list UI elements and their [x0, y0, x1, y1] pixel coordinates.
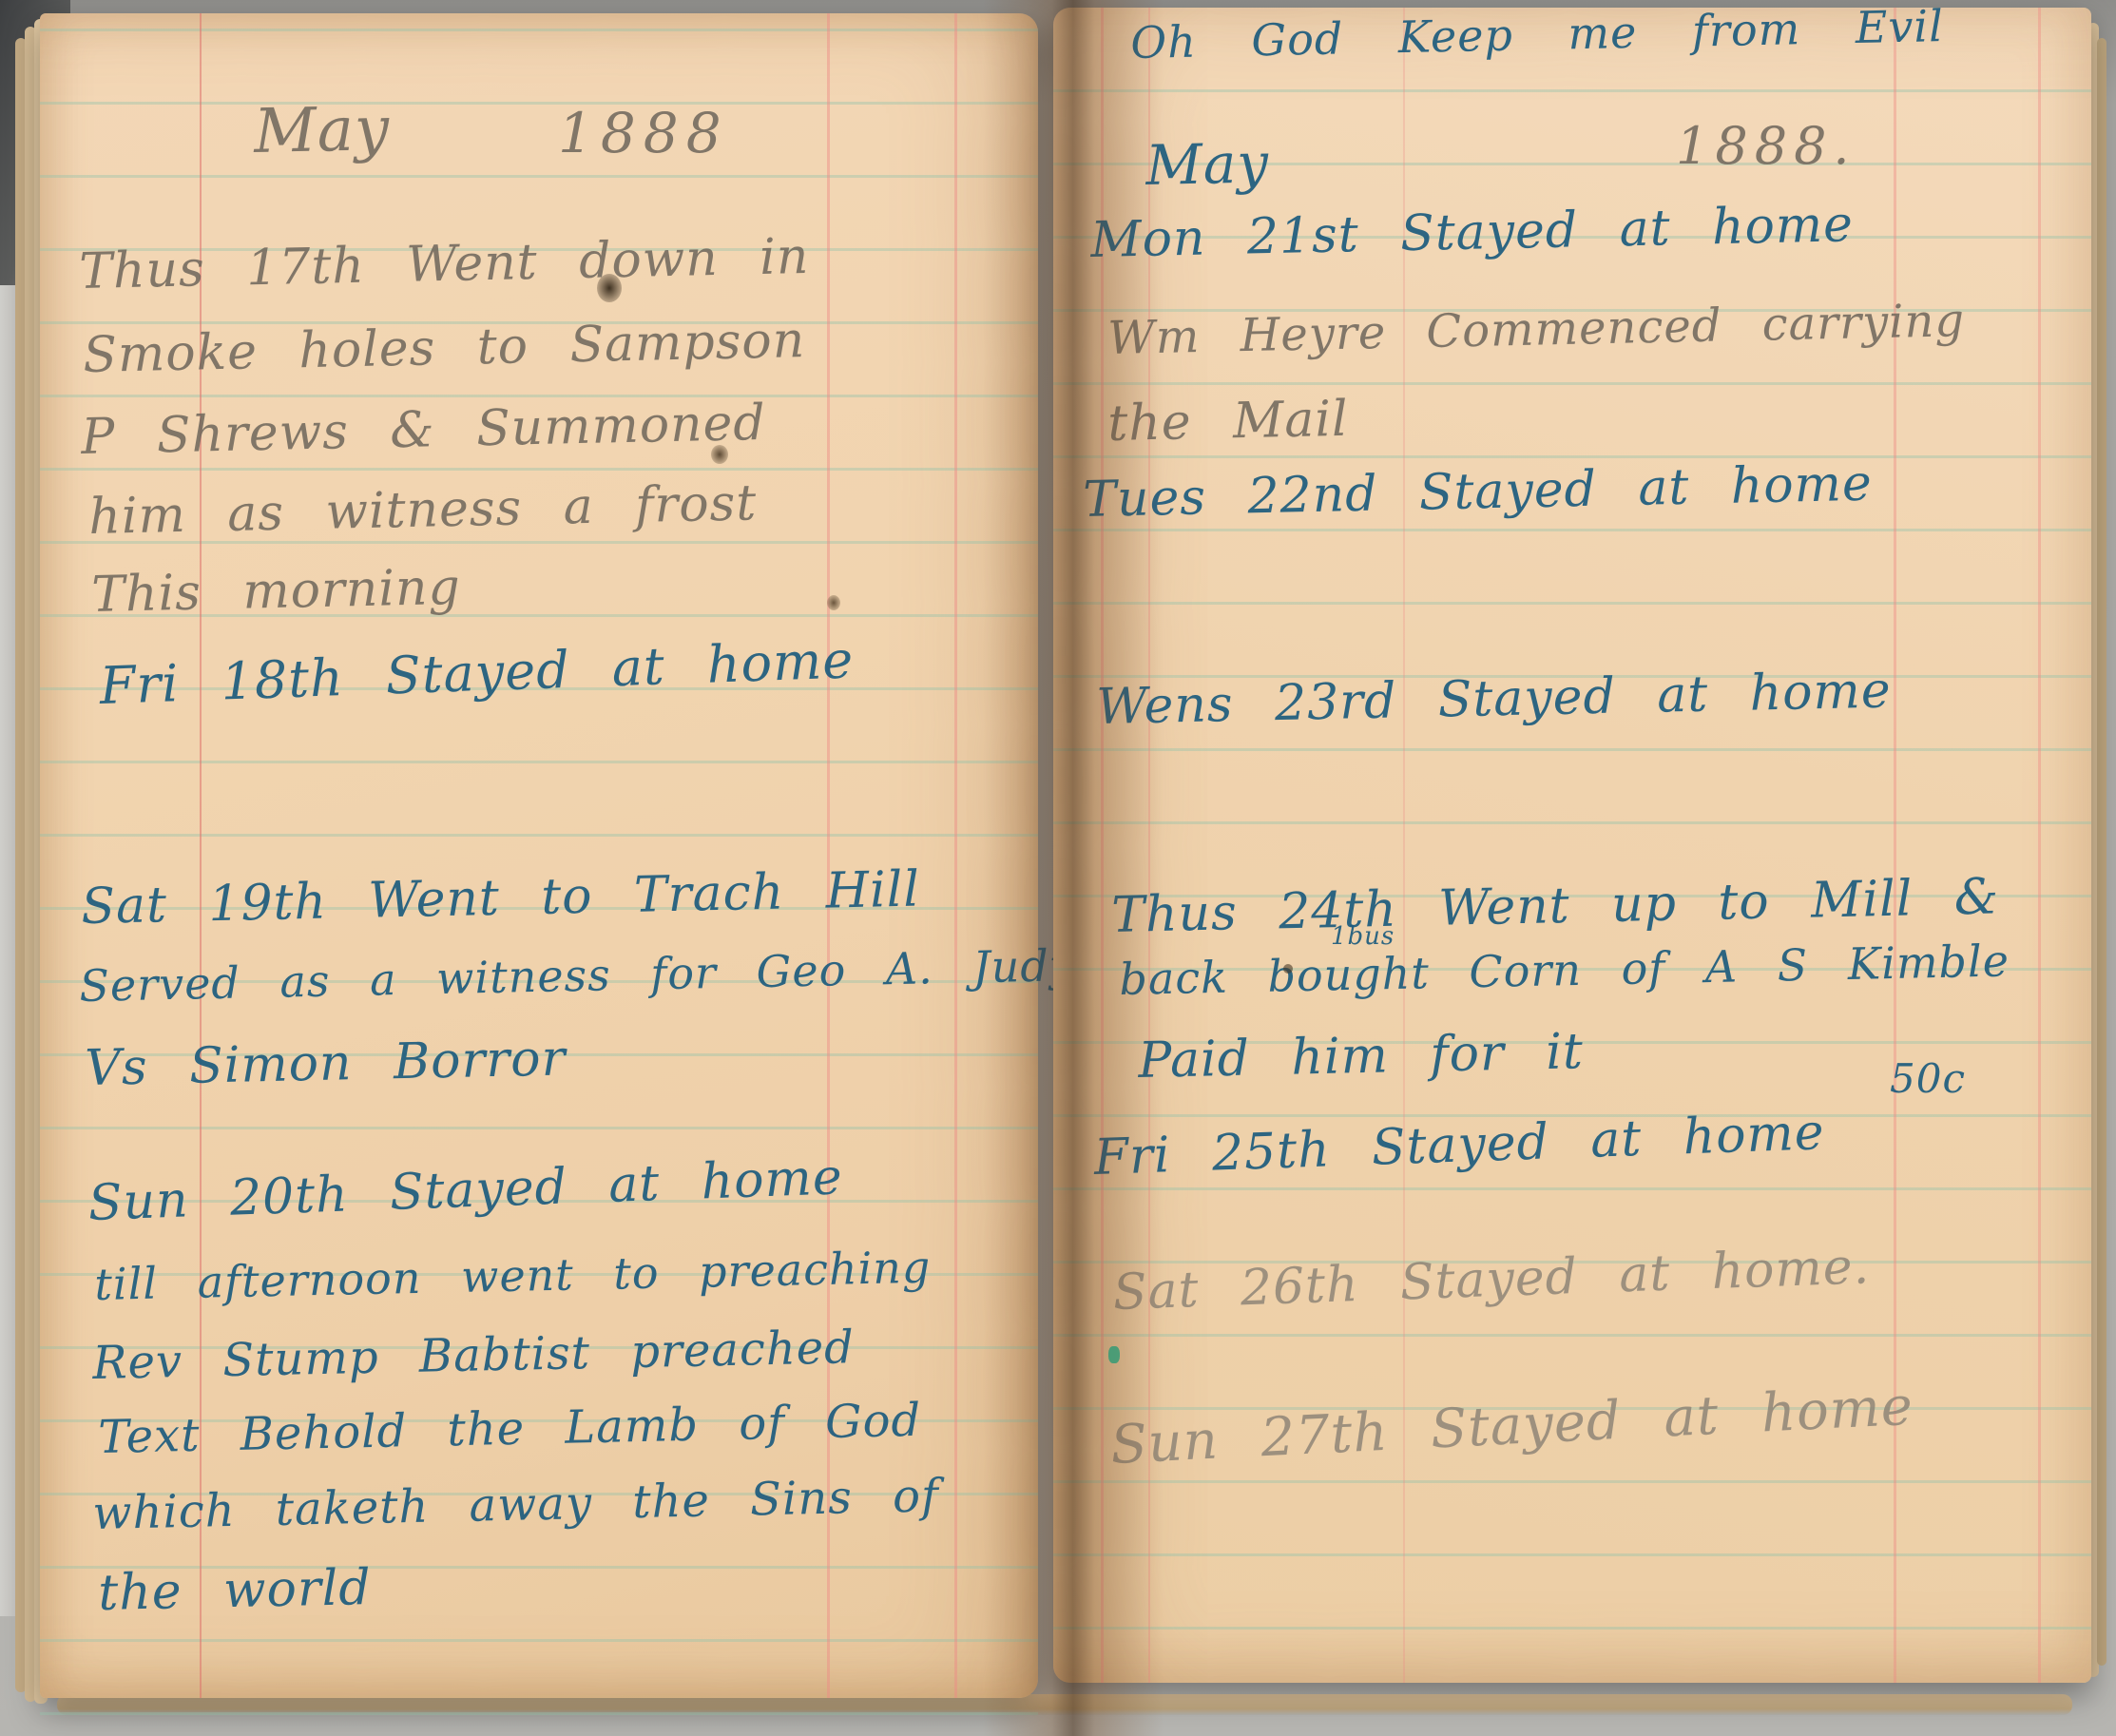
entry-may26-line-1: Sat 26th Stayed at home.: [1112, 1238, 1871, 1321]
entry-may17-line-4: him as witness a frost: [88, 474, 758, 546]
diary-page-right: Oh God Keep me from Evil May 1888. Mon 2…: [1053, 8, 2091, 1683]
entry-may24-line-3: Paid him for it: [1138, 1023, 1585, 1090]
entry-may27-line-1: Sun 27th Stayed at home: [1109, 1376, 1914, 1476]
page-title-month: May: [253, 94, 390, 167]
entry-may22-line-1: Tues 22nd Stayed at home: [1083, 455, 1874, 529]
entry-may24-annotation: 1bus: [1331, 922, 1395, 951]
scanned-diary-spread: May 1888 Thus 17th Went down in Smoke ho…: [0, 0, 2116, 1736]
margin-line: [2038, 8, 2041, 1683]
entry-may21-line-2: Wm Heyre Commenced carrying: [1107, 294, 1966, 365]
entry-may20-line-3: Rev Stump Babtist preached: [92, 1321, 856, 1390]
entry-may24-line-2: back bought Corn of A S Kimble: [1119, 935, 2010, 1005]
page-stack-edge: [2097, 38, 2106, 1666]
page-motto: Oh God Keep me from Evil: [1130, 0, 1944, 68]
diary-page-left: May 1888 Thus 17th Went down in Smoke ho…: [40, 13, 1038, 1698]
entry-may20-line-1: Sun 20th Stayed at home: [87, 1148, 844, 1232]
entry-may17-line-2: Smoke holes to Sampson: [83, 312, 806, 384]
entry-may17-line-1: Thus 17th Went down in: [79, 228, 810, 300]
entry-may21-line-3: the Mail: [1107, 391, 1349, 453]
entry-may19-line-2: Served as a witness for Geo A. Judy: [79, 939, 1075, 1012]
margin-line: [954, 13, 957, 1698]
entry-may24-amount: 50c: [1890, 1055, 1966, 1102]
entry-may18-line-1: Fri 18th Stayed at home: [99, 629, 855, 716]
entry-may20-line-4: Text Behold the Lamb of God: [98, 1394, 922, 1464]
entry-may19-line-3: Vs Simon Borror: [85, 1030, 567, 1097]
entry-may20-line-6: the world: [98, 1559, 372, 1622]
entry-may24-line-1: Thus 24th Went up to Mill &: [1111, 868, 2000, 944]
entry-may20-line-5: which taketh away the Sins of: [92, 1469, 940, 1540]
entry-may17-line-3: P Shrews & Summoned: [81, 395, 766, 466]
entry-may20-line-2: till afternoon went to preaching: [94, 1242, 932, 1310]
page-title-year: 1888.: [1676, 116, 1856, 176]
entry-may17-line-5: This morning: [91, 559, 462, 624]
entry-may19-line-1: Sat 19th Went to Trach Hill: [81, 861, 921, 936]
page-title-year: 1888: [558, 101, 729, 165]
entry-may25-line-1: Fri 25th Stayed at home: [1093, 1104, 1826, 1186]
entry-may21-line-1: Mon 21st Stayed at home: [1090, 196, 1855, 269]
entry-may23-line-1: Wens 23rd Stayed at home: [1096, 662, 1892, 736]
page-title-month: May: [1145, 130, 1270, 198]
